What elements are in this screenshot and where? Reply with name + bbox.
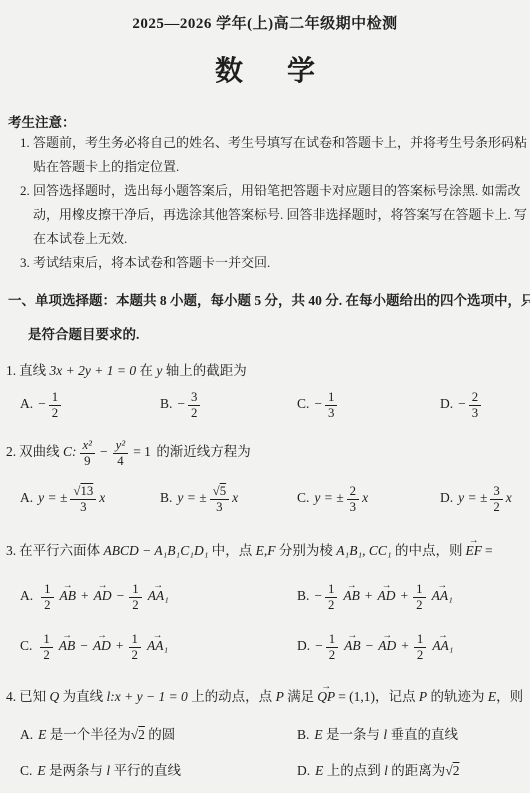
radicand: 2	[453, 763, 460, 778]
equals-one: = 1	[133, 444, 151, 459]
sign: −	[315, 638, 323, 653]
fraction-numerator: 1	[49, 391, 61, 405]
fraction-numerator: 1	[41, 583, 53, 597]
question-number: 4.	[6, 689, 16, 704]
variable-x: x	[362, 490, 368, 505]
option-text: 的距离为	[388, 763, 445, 778]
option-text: 是一个半径为	[46, 727, 130, 742]
fraction-denominator: 3	[70, 499, 96, 514]
fraction-numerator: 1	[413, 583, 425, 597]
option-label: D.	[297, 638, 310, 653]
fraction-numerator: 1	[325, 391, 337, 405]
q4-option-a: A.E 是一个半径为2 的圆	[20, 723, 297, 743]
question-2-options: A.y = ±133x B.y = ±53x C.y = ±23x D.y = …	[0, 485, 530, 515]
q2-curve-name: C:	[63, 444, 77, 459]
notice-item2-line3: 在本试卷上无效.	[33, 227, 530, 251]
fraction: 12	[41, 583, 53, 613]
fraction: 32	[490, 485, 502, 515]
vector-AB: AB	[57, 638, 78, 654]
variable-Q: Q	[50, 689, 60, 704]
fraction: 12	[129, 633, 141, 663]
square-root: 5	[213, 484, 226, 498]
q4-option-d: D.E 上的点到 l 的距离为2	[297, 759, 530, 779]
fraction-denominator: 2	[490, 499, 502, 514]
option-label: C.	[297, 490, 309, 505]
square-root: 2	[445, 763, 459, 778]
variable-E: E	[314, 727, 322, 742]
q3-text-mid1: 中，点	[208, 543, 255, 558]
variable-P: P	[276, 689, 284, 704]
vector-AB: AB	[58, 588, 79, 604]
notice-item2-line2: 动，用橡皮擦干净后，再选涂其他答案标号. 回答非选择题时，将答案写在答题卡上. …	[33, 203, 530, 227]
fraction-numerator: 1	[326, 633, 338, 647]
equals-sign: =	[485, 543, 493, 558]
fraction-numerator: 1	[40, 633, 52, 647]
q1-text-post: 轴上的截距为	[162, 363, 246, 378]
operator: −	[80, 638, 88, 653]
fraction: 53	[210, 485, 229, 515]
option-expression-prefix: y = ±	[458, 490, 487, 505]
variable-x: x	[99, 490, 105, 505]
fraction: x²9	[80, 439, 96, 469]
question-3-options-row1: A.12AB+AD−12AA₁ B.−12AB+AD+12AA₁	[0, 575, 530, 613]
q2-text-pre: 双曲线	[19, 444, 63, 459]
q3-edges: A₁B₁, CC₁	[336, 543, 391, 558]
fraction-denominator: 2	[41, 597, 53, 612]
fraction: y²4	[113, 439, 129, 469]
q2-option-a: A.y = ±133x	[20, 485, 160, 515]
option-text: 平行的直线	[110, 763, 181, 778]
fraction: 12	[414, 633, 426, 663]
option-label: A.	[20, 490, 33, 505]
vector-AA1: AA₁	[146, 588, 171, 604]
fraction: 12	[129, 583, 141, 613]
q3-option-d: D.−12AB−AD+12AA₁	[297, 633, 530, 663]
option-label: B.	[160, 396, 172, 411]
fraction-denominator: 3	[325, 405, 337, 420]
fraction: 32	[188, 391, 200, 421]
notice-item1-line2: 贴在答题卡上的指定位置.	[33, 155, 530, 179]
question-3-options-row2: C.12AB−AD+12AA₁ D.−12AB−AD+12AA₁	[0, 625, 530, 663]
question-1-options: A.−12 B.−32 C.−13 D.−23	[0, 391, 530, 421]
q4-text-pre: 已知	[19, 689, 49, 704]
vector-AA1: AA₁	[430, 588, 455, 604]
option-label: A.	[20, 588, 33, 603]
question-1-stem: 1.直线 3x + 2y + 1 = 0 在 y 轴上的截距为	[6, 359, 530, 379]
q3-option-c: C.12AB−AD+12AA₁	[20, 633, 297, 663]
variable-E: E	[37, 763, 45, 778]
fraction-denominator: 2	[129, 597, 141, 612]
q1-option-c: C.−13	[297, 391, 440, 421]
fraction: 12	[326, 633, 338, 663]
option-text: 是一条与	[323, 727, 384, 742]
section1-title-line1: 一、单项选择题：本题共 8 小题，每小题 5 分，共 40 分. 在每小题给出的…	[8, 289, 530, 309]
fraction-denominator: 4	[113, 453, 129, 468]
notice-item3-line1: 3. 考试结束后，将本试卷和答题卡一并交回.	[20, 251, 530, 275]
option-text: 的圆	[145, 727, 175, 742]
q4-equation-value: = (1,1)，记点	[338, 689, 419, 704]
fraction: 12	[49, 391, 61, 421]
q3-points: E,F	[256, 543, 276, 558]
fraction-denominator: 2	[129, 647, 141, 662]
vector-AD: AD	[376, 588, 398, 604]
radicand: 13	[80, 484, 93, 498]
fraction: 133	[70, 485, 96, 515]
square-root: 2	[131, 727, 145, 742]
fraction-numerator: 1	[129, 633, 141, 647]
option-expression-prefix: y = ±	[177, 490, 206, 505]
fraction-numerator: 5	[210, 485, 229, 499]
fraction-denominator: 2	[413, 597, 425, 612]
fraction-numerator: 13	[70, 485, 96, 499]
minus-sign: −	[100, 444, 108, 459]
q4-text-mid4: 的轨迹为	[427, 689, 488, 704]
option-label: A.	[20, 396, 33, 411]
q3-option-a: A.12AB+AD−12AA₁	[20, 583, 297, 613]
question-3-stem: 3.在平行六面体 ABCD − A₁B₁C₁D₁ 中，点 E,F 分别为棱 A₁…	[6, 531, 530, 559]
minus-sign: −	[458, 396, 466, 411]
operator: +	[401, 588, 409, 603]
q1-option-d: D.−23	[440, 391, 530, 421]
fraction-numerator: x²	[80, 439, 96, 453]
q3-text-mid2: 分别为棱	[276, 543, 337, 558]
fraction-numerator: 3	[490, 485, 502, 499]
variable-x: x	[506, 490, 512, 505]
operator: −	[366, 638, 374, 653]
question-4-stem: 4.已知 Q 为直线 l:x + y − 1 = 0 上的动点，点 P 满足QP…	[6, 677, 530, 705]
vector-AB: AB	[341, 588, 362, 604]
option-text: 是两条与	[46, 763, 107, 778]
fraction: 12	[325, 583, 337, 613]
fraction: 13	[325, 391, 337, 421]
minus-sign: −	[314, 396, 322, 411]
fraction-numerator: 1	[414, 633, 426, 647]
option-text: 垂直的直线	[387, 727, 458, 742]
fraction-numerator: 1	[325, 583, 337, 597]
fraction: 23	[347, 485, 359, 515]
option-label: D.	[440, 490, 453, 505]
examinee-notice: 考生注意： 1. 答题前，考生务必将自己的姓名、考生号填写在试卷和答题卡上，并将…	[0, 111, 530, 275]
option-label: D.	[297, 763, 310, 778]
square-root: 13	[73, 484, 93, 498]
fraction-denominator: 2	[40, 647, 52, 662]
fraction-denominator: 3	[210, 499, 229, 514]
q4-option-c: C.E 是两条与 l 平行的直线	[20, 759, 297, 779]
vector-AA1: AA₁	[145, 638, 170, 654]
q2-option-b: B.y = ±53x	[160, 485, 297, 515]
q4-text-mid1: 为直线	[59, 689, 106, 704]
question-2-stem: 2.双曲线 C:x²9−y²4= 1 的渐近线方程为	[6, 439, 530, 469]
notice-item1-line1: 1. 答题前，考生务必将自己的姓名、考生号填写在试卷和答题卡上，并将考生号条形码…	[20, 131, 530, 155]
fraction-numerator: 2	[347, 485, 359, 499]
q3-option-b: B.−12AB+AD+12AA₁	[297, 583, 530, 613]
radicand: 2	[138, 727, 145, 742]
minus-sign: −	[177, 396, 185, 411]
variable-P: P	[419, 689, 427, 704]
operator: +	[116, 638, 124, 653]
fraction-denominator: 2	[326, 647, 338, 662]
fraction: 12	[40, 633, 52, 663]
exam-session-title: 2025—2026 学年(上)高二年级期中检测	[0, 0, 530, 33]
option-expression-prefix: y = ±	[314, 490, 343, 505]
operator: −	[117, 588, 125, 603]
q1-option-a: A.−12	[20, 391, 160, 421]
q2-option-c: C.y = ±23x	[297, 485, 440, 515]
variable-x: x	[232, 490, 238, 505]
option-label: A.	[20, 727, 33, 742]
vector-EF: EF	[463, 543, 484, 559]
q1-text-mid: 在	[136, 363, 156, 378]
operator: +	[365, 588, 373, 603]
operator: +	[401, 638, 409, 653]
q1-text-pre: 直线	[19, 363, 49, 378]
section1-title-line2: 是符合题目要求的.	[28, 323, 530, 343]
question-4-options-row1: A.E 是一个半径为2 的圆 B.E 是一条与 l 垂直的直线	[0, 723, 530, 743]
fraction: 23	[469, 391, 481, 421]
fraction-denominator: 3	[469, 405, 481, 420]
vector-AA1: AA₁	[430, 638, 455, 654]
q1-equation: 3x + 2y + 1 = 0	[50, 363, 137, 378]
option-label: C.	[20, 763, 32, 778]
q4-text-mid2: 上的动点，点	[188, 689, 276, 704]
radicand: 5	[220, 484, 226, 498]
option-text: 上的点到	[323, 763, 384, 778]
notice-item2-line1: 2. 回答选择题时，选出每小题答案后，用铅笔把答题卡对应题目的答案标号涂黑. 如…	[20, 179, 530, 203]
operator: +	[81, 588, 89, 603]
q3-text-pre: 在平行六面体	[19, 543, 103, 558]
variable-E: E	[488, 689, 496, 704]
question-number: 3.	[6, 543, 16, 558]
question-number: 2.	[6, 444, 16, 459]
sign: −	[314, 588, 322, 603]
question-number: 1.	[6, 363, 16, 378]
q3-parallelepiped-name: ABCD − A₁B₁C₁D₁	[104, 543, 209, 558]
question-4-options-row2: C.E 是两条与 l 平行的直线 D.E 上的点到 l 的距离为2	[0, 759, 530, 779]
vector-QP: QP	[315, 689, 337, 705]
q4-option-b: B.E 是一条与 l 垂直的直线	[297, 723, 530, 743]
option-label: C.	[20, 638, 32, 653]
q1-option-b: B.−32	[160, 391, 297, 421]
option-label: D.	[440, 396, 453, 411]
fraction-numerator: 2	[469, 391, 481, 405]
vector-AD: AD	[92, 588, 114, 604]
fraction-numerator: 1	[129, 583, 141, 597]
fraction-denominator: 2	[414, 647, 426, 662]
vector-AD: AD	[91, 638, 113, 654]
q2-option-d: D.y = ±32x	[440, 485, 530, 515]
option-expression-prefix: y = ±	[38, 490, 67, 505]
q2-text-post: 的渐近线方程为	[153, 444, 251, 459]
fraction-denominator: 2	[49, 405, 61, 420]
exam-paper-page: 2025—2026 学年(上)高二年级期中检测 数 学 考生注意： 1. 答题前…	[0, 0, 530, 793]
option-label: C.	[297, 396, 309, 411]
q4-line-equation: l:x + y − 1 = 0	[107, 689, 188, 704]
q3-text-mid3: 的中点，则	[392, 543, 463, 558]
option-label: B.	[297, 588, 309, 603]
notice-heading: 考生注意：	[8, 111, 530, 131]
fraction-denominator: 3	[347, 499, 359, 514]
fraction-numerator: 3	[188, 391, 200, 405]
minus-sign: −	[38, 396, 46, 411]
option-label: B.	[160, 490, 172, 505]
fraction-numerator: y²	[113, 439, 129, 453]
q4-text-mid3: 满足	[284, 689, 314, 704]
q4-text-post: ，则	[496, 689, 523, 704]
fraction-denominator: 2	[188, 405, 200, 420]
option-label: B.	[297, 727, 309, 742]
vector-AD: AD	[376, 638, 398, 654]
fraction-denominator: 2	[325, 597, 337, 612]
vector-AB: AB	[342, 638, 363, 654]
fraction-denominator: 9	[80, 453, 96, 468]
exam-subject-title: 数 学	[0, 49, 530, 89]
fraction: 12	[413, 583, 425, 613]
